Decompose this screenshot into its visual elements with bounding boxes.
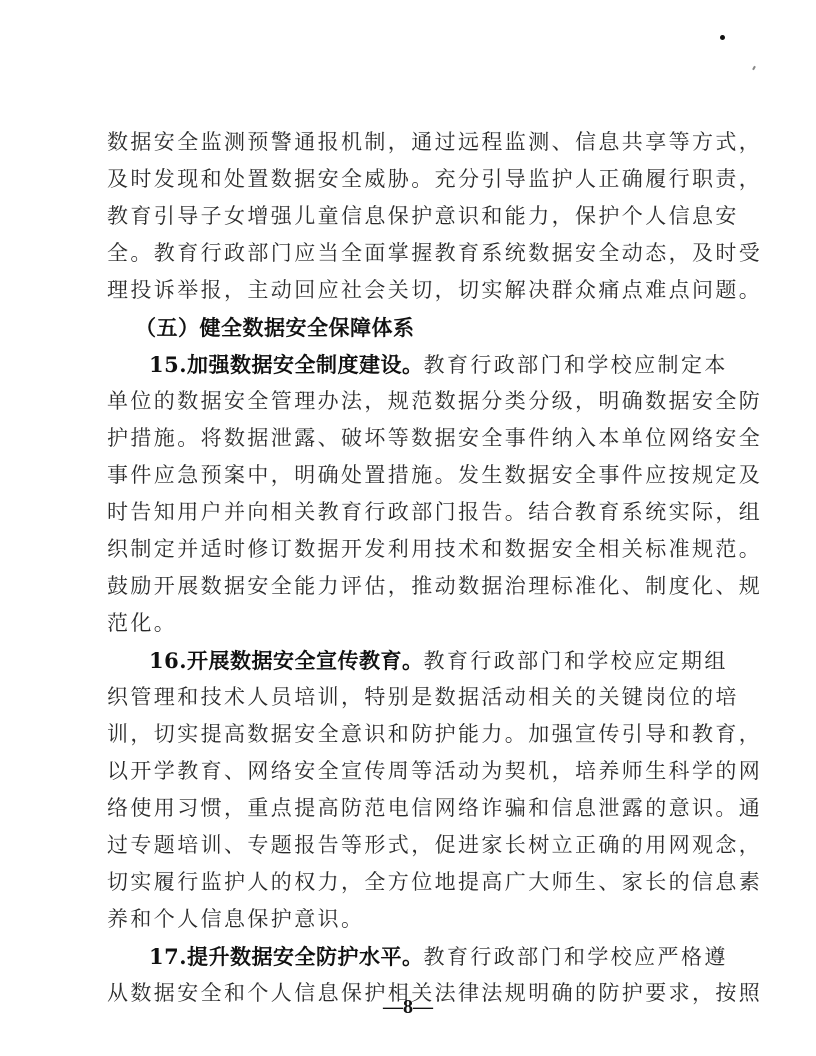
scan-mark <box>752 66 756 70</box>
scan-speck <box>720 35 725 40</box>
body-line: 范化。 <box>107 605 709 642</box>
body-line: 织制定并适时修订数据开发利用技术和数据安全相关标准规范。 <box>107 531 709 568</box>
document-body: 数据安全监测预警通报机制，通过远程监测、信息共享等方式， 及时发现和处置数据安全… <box>107 124 709 1012</box>
body-line: 教育引导子女增强儿童信息保护意识和能力，保护个人信息安 <box>107 198 709 235</box>
body-line: 理投诉举报，主动回应社会关切，切实解决群众痛点难点问题。 <box>107 272 709 309</box>
body-line: 全。教育行政部门应当全面掌握教育系统数据安全动态，及时受 <box>107 235 709 272</box>
item-16-first-line: 16.开展数据安全宣传教育。教育行政部门和学校应定期组 <box>107 642 709 679</box>
item-17-first-line: 17.提升数据安全防护水平。教育行政部门和学校应严格遵 <box>107 938 709 975</box>
item-15-first-line: 15.加强数据安全制度建设。教育行政部门和学校应制定本 <box>107 346 709 383</box>
body-line: 切实履行监护人的权力，全方位地提高广大师生、家长的信息素 <box>107 864 709 901</box>
item-16-title: 16.开展数据安全宣传教育。 <box>149 648 424 673</box>
item-17-title: 17.提升数据安全防护水平。 <box>149 944 424 969</box>
body-line: 数据安全监测预警通报机制，通过远程监测、信息共享等方式， <box>107 124 709 161</box>
page-number: —8— <box>0 996 816 1019</box>
body-line: 时告知用户并向相关教育行政部门报告。结合教育系统实际，组 <box>107 494 709 531</box>
body-line: 络使用习惯，重点提高防范电信网络诈骗和信息泄露的意识。通 <box>107 790 709 827</box>
body-line: 以开学教育、网络安全宣传周等活动为契机，培养师生科学的网 <box>107 753 709 790</box>
body-line: 单位的数据安全管理办法，规范数据分类分级，明确数据安全防 <box>107 383 709 420</box>
body-line: 养和个人信息保护意识。 <box>107 901 709 938</box>
body-line: 事件应急预案中，明确处置措施。发生数据安全事件应按规定及 <box>107 457 709 494</box>
item-17-text: 教育行政部门和学校应严格遵 <box>424 945 728 969</box>
item-15-text: 教育行政部门和学校应制定本 <box>424 353 728 377</box>
body-line: 护措施。将数据泄露、破坏等数据安全事件纳入本单位网络安全 <box>107 420 709 457</box>
body-line: 训，切实提高数据安全意识和防护能力。加强宣传引导和教育， <box>107 716 709 753</box>
item-15-title: 15.加强数据安全制度建设。 <box>149 352 424 377</box>
body-line: 鼓励开展数据安全能力评估，推动数据治理标准化、制度化、规 <box>107 568 709 605</box>
body-line: 织管理和技术人员培训，特别是数据活动相关的关键岗位的培 <box>107 679 709 716</box>
item-16-text: 教育行政部门和学校应定期组 <box>424 649 728 673</box>
body-line: 及时发现和处置数据安全威胁。充分引导监护人正确履行职责， <box>107 161 709 198</box>
section-heading: （五）健全数据安全保障体系 <box>107 309 709 346</box>
body-line: 过专题培训、专题报告等形式，促进家长树立正确的用网观念， <box>107 827 709 864</box>
